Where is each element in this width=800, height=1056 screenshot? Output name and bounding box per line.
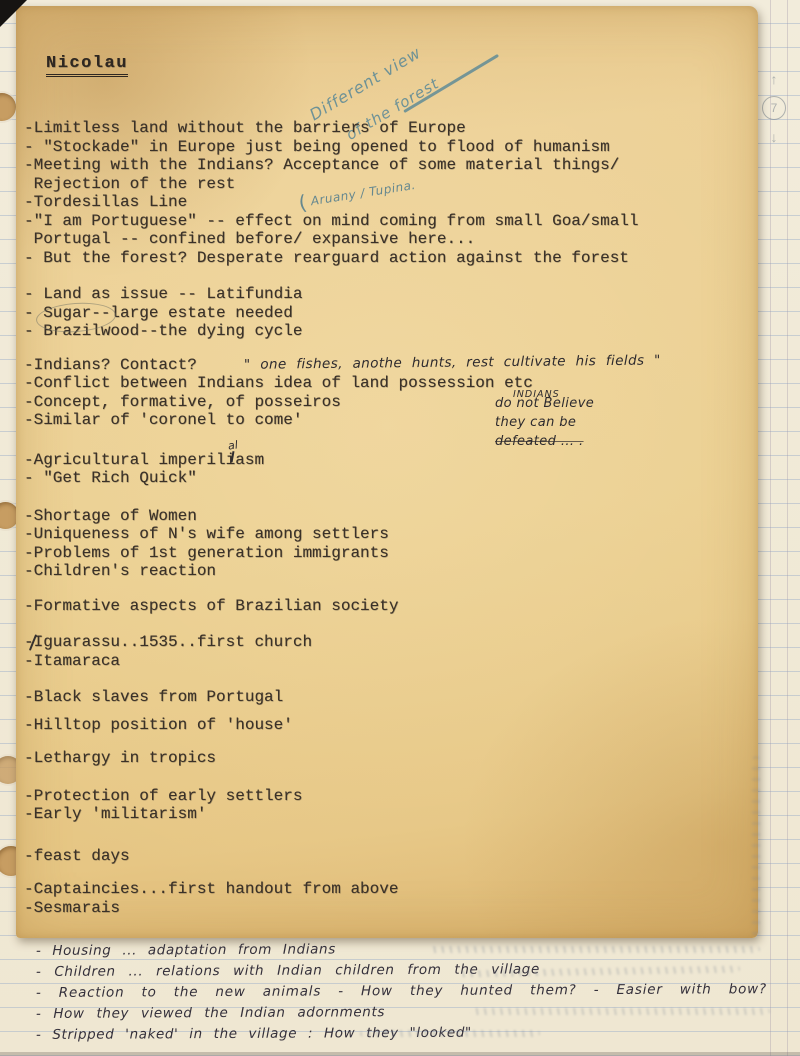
typed-section: -Lethargy in tropics [24,749,744,768]
punch-hole [0,93,16,121]
typed-section: -Iguarassu..1535..first church -Itamarac… [24,633,744,670]
indians-superscript: INDIANS [513,385,560,404]
typed-section: -Agricultural imperiliasm - "Get Rich Qu… [24,451,744,488]
handwritten-footer-notes: - Housing ... adaptation from Indians- C… [36,939,796,1044]
arrow-down-icon: ↓ [752,120,796,154]
page-title: Nicolau [46,54,128,77]
bleed-through-marks [360,1030,540,1037]
scanned-page: ↑ 7 ↓ Nicolau Different view of the fore… [0,0,800,1056]
indians-note-line: they can be [495,413,594,432]
typed-notes: -Limitless land without the barriers of … [24,119,744,917]
indians-note-line: defeated ... . [495,432,594,451]
handwritten-correction: al [227,438,239,452]
top-note-line1: Different view [306,43,424,125]
handwritten-indians-note: INDIANS do not Believethey can bedefeate… [495,394,594,451]
circled-number: 7 [762,96,786,120]
typed-section: -Shortage of Women -Uniqueness of N's wi… [24,507,744,581]
typed-section: -Formative aspects of Brazilian society [24,597,744,616]
typed-section: -Hilltop position of 'house' [24,716,744,735]
typed-section: -Black slaves from Portugal [24,688,744,707]
bleed-through-marks [470,1008,770,1015]
typed-section: -Captaincies...first handout from above … [24,880,744,917]
typed-section: -feast days [24,847,744,866]
bleed-through-marks [430,946,760,953]
typed-section: - Land as issue -- Latifundia - Sugar--l… [24,285,744,341]
typed-section: -Protection of early settlers -Early 'mi… [24,787,744,824]
margin-pencil-marks: ↑ 7 ↓ [752,62,796,202]
scan-edge-artifact [0,1052,800,1056]
bleed-through-marks [752,756,760,936]
arrow-up-icon: ↑ [752,62,796,96]
notes-sheet: Nicolau Different view of the forest -Li… [16,6,758,938]
